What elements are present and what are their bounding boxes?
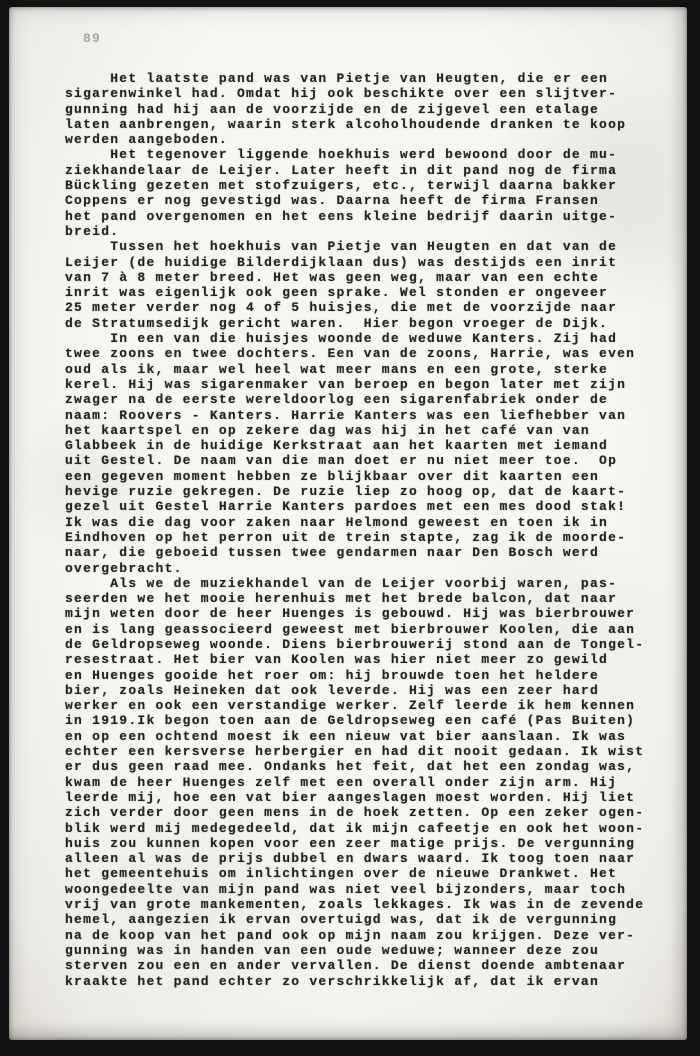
- text-line: vrij van grote mankementen, zoals lekkag…: [65, 897, 677, 912]
- text-line: alleen al was de prijs dubbel en dwars w…: [65, 851, 677, 866]
- text-line: werker en ook een verstandige werker. Ze…: [65, 698, 677, 713]
- text-line: oud als ik, maar wel heel wat meer mans …: [65, 362, 677, 377]
- text-line: naar, die geboeid tussen twee gendarmen …: [65, 545, 677, 560]
- text-line: er dus geen raad mee. Ondanks het feit, …: [65, 759, 677, 774]
- text-line: Coppens er nog gevestigd was. Daarna hee…: [65, 193, 677, 208]
- text-line: en op een ochtend moest ik een nieuw vat…: [65, 729, 677, 744]
- text-line: sterven zou een en ander vervallen. De d…: [65, 958, 677, 973]
- text-line: kwam de heer Huenges zelf met een overal…: [65, 775, 677, 790]
- text-line: en is lang geassocieerd geweest met bier…: [65, 622, 677, 637]
- text-line: Bückling gezeten met stofzuigers, etc., …: [65, 178, 677, 193]
- text-line: 25 meter verder nog 4 of 5 huisjes, die …: [65, 300, 677, 315]
- text-line: naam: Roovers - Kanters. Harrie Kanters …: [65, 408, 677, 423]
- photocopy-frame: 89 Het laatste pand was van Pietje van H…: [0, 0, 700, 1056]
- text-line: Leijer (de huidige Bilderdijklaan dus) w…: [65, 255, 677, 270]
- text-line: Eindhoven op het perron uit de trein sta…: [65, 530, 677, 545]
- text-line: Het tegenover liggende hoekhuis werd bew…: [65, 147, 677, 162]
- text-line: zich verder door geen mens in de hoek ze…: [65, 805, 677, 820]
- text-line: Ik was die dag voor zaken naar Helmond g…: [65, 515, 677, 530]
- text-line: Als we de muziekhandel van de Leijer voo…: [65, 576, 677, 591]
- text-line: en Huenges gooide het roer om: hij brouw…: [65, 668, 677, 683]
- text-column: Het laatste pand was van Pietje van Heug…: [65, 71, 677, 989]
- text-line: seerden we het mooie herenhuis met het b…: [65, 591, 677, 606]
- text-line: Tussen het hoekhuis van Pietje van Heugt…: [65, 239, 677, 254]
- text-line: woongedeelte van mijn pand was niet veel…: [65, 882, 677, 897]
- text-line: Het laatste pand was van Pietje van Heug…: [65, 71, 677, 86]
- text-line: het pand overgenomen en het eens kleine …: [65, 209, 677, 224]
- text-line: hemel, aangezien ik ervan overtuigd was,…: [65, 912, 677, 927]
- text-line: in 1919.Ik begon toen aan de Geldropsewe…: [65, 713, 677, 728]
- text-line: de Stratumsedijk gericht waren. Hier beg…: [65, 316, 677, 331]
- text-line: een gegeven moment hebben ze blijkbaar o…: [65, 469, 677, 484]
- page-number: 89: [83, 31, 101, 46]
- text-line: werden aangeboden.: [65, 132, 677, 147]
- text-line: van 7 à 8 meter breed. Het was geen weg,…: [65, 270, 677, 285]
- text-line: gunning was in handen van een oude weduw…: [65, 943, 677, 958]
- text-line: gezel uit Gestel Harrie Kanters pardoes …: [65, 499, 677, 514]
- text-line: na de koop van het pand ook op mijn naam…: [65, 928, 677, 943]
- text-line: twee zoons en twee dochters. Een van de …: [65, 346, 677, 361]
- text-line: hevige ruzie gekregen. De ruzie liep zo …: [65, 484, 677, 499]
- text-line: overgebracht.: [65, 561, 677, 576]
- scanned-page: 89 Het laatste pand was van Pietje van H…: [9, 7, 687, 1040]
- text-line: zwager na de eerste wereldoorlog een sig…: [65, 392, 677, 407]
- text-line: uit Gestel. De naam van die man doet er …: [65, 453, 677, 468]
- text-line: het gemeentehuis om inlichtingen over de…: [65, 866, 677, 881]
- text-line: huis zou kunnen kopen voor een zeer mati…: [65, 836, 677, 851]
- text-line: resestraat. Het bier van Koolen was hier…: [65, 652, 677, 667]
- text-line: sigarenwinkel had. Omdat hij ook beschik…: [65, 86, 677, 101]
- text-line: echter een kersverse herbergier en had d…: [65, 744, 677, 759]
- text-line: gunning had hij aan de voorzijde en de z…: [65, 102, 677, 117]
- text-line: kraakte het pand echter zo verschrikkeli…: [65, 974, 677, 989]
- text-line: laten aanbrengen, waarin sterk alcoholho…: [65, 117, 677, 132]
- text-line: blik werd mij medegedeeld, dat ik mijn c…: [65, 821, 677, 836]
- text-line: bier, zoals Heineken dat ook leverde. Hi…: [65, 683, 677, 698]
- text-line: kerel. Hij was sigarenmaker van beroep e…: [65, 377, 677, 392]
- text-line: ziekhandelaar de Leijer. Later heeft in …: [65, 163, 677, 178]
- text-line: de Geldropseweg woonde. Diens bierbrouwe…: [65, 637, 677, 652]
- text-line: leerde mij, hoe een vat bier aangeslagen…: [65, 790, 677, 805]
- text-line: breid.: [65, 224, 677, 239]
- text-line: In een van die huisjes woonde de weduwe …: [65, 331, 677, 346]
- text-line: mijn weten door de heer Huenges is gebou…: [65, 606, 677, 621]
- text-line: Glabbeek in de huidige Kerkstraat aan he…: [65, 438, 677, 453]
- text-line: het kaartspel en op zekere dag was hij i…: [65, 423, 677, 438]
- text-line: inrit was eigenlijk ook geen sprake. Wel…: [65, 285, 677, 300]
